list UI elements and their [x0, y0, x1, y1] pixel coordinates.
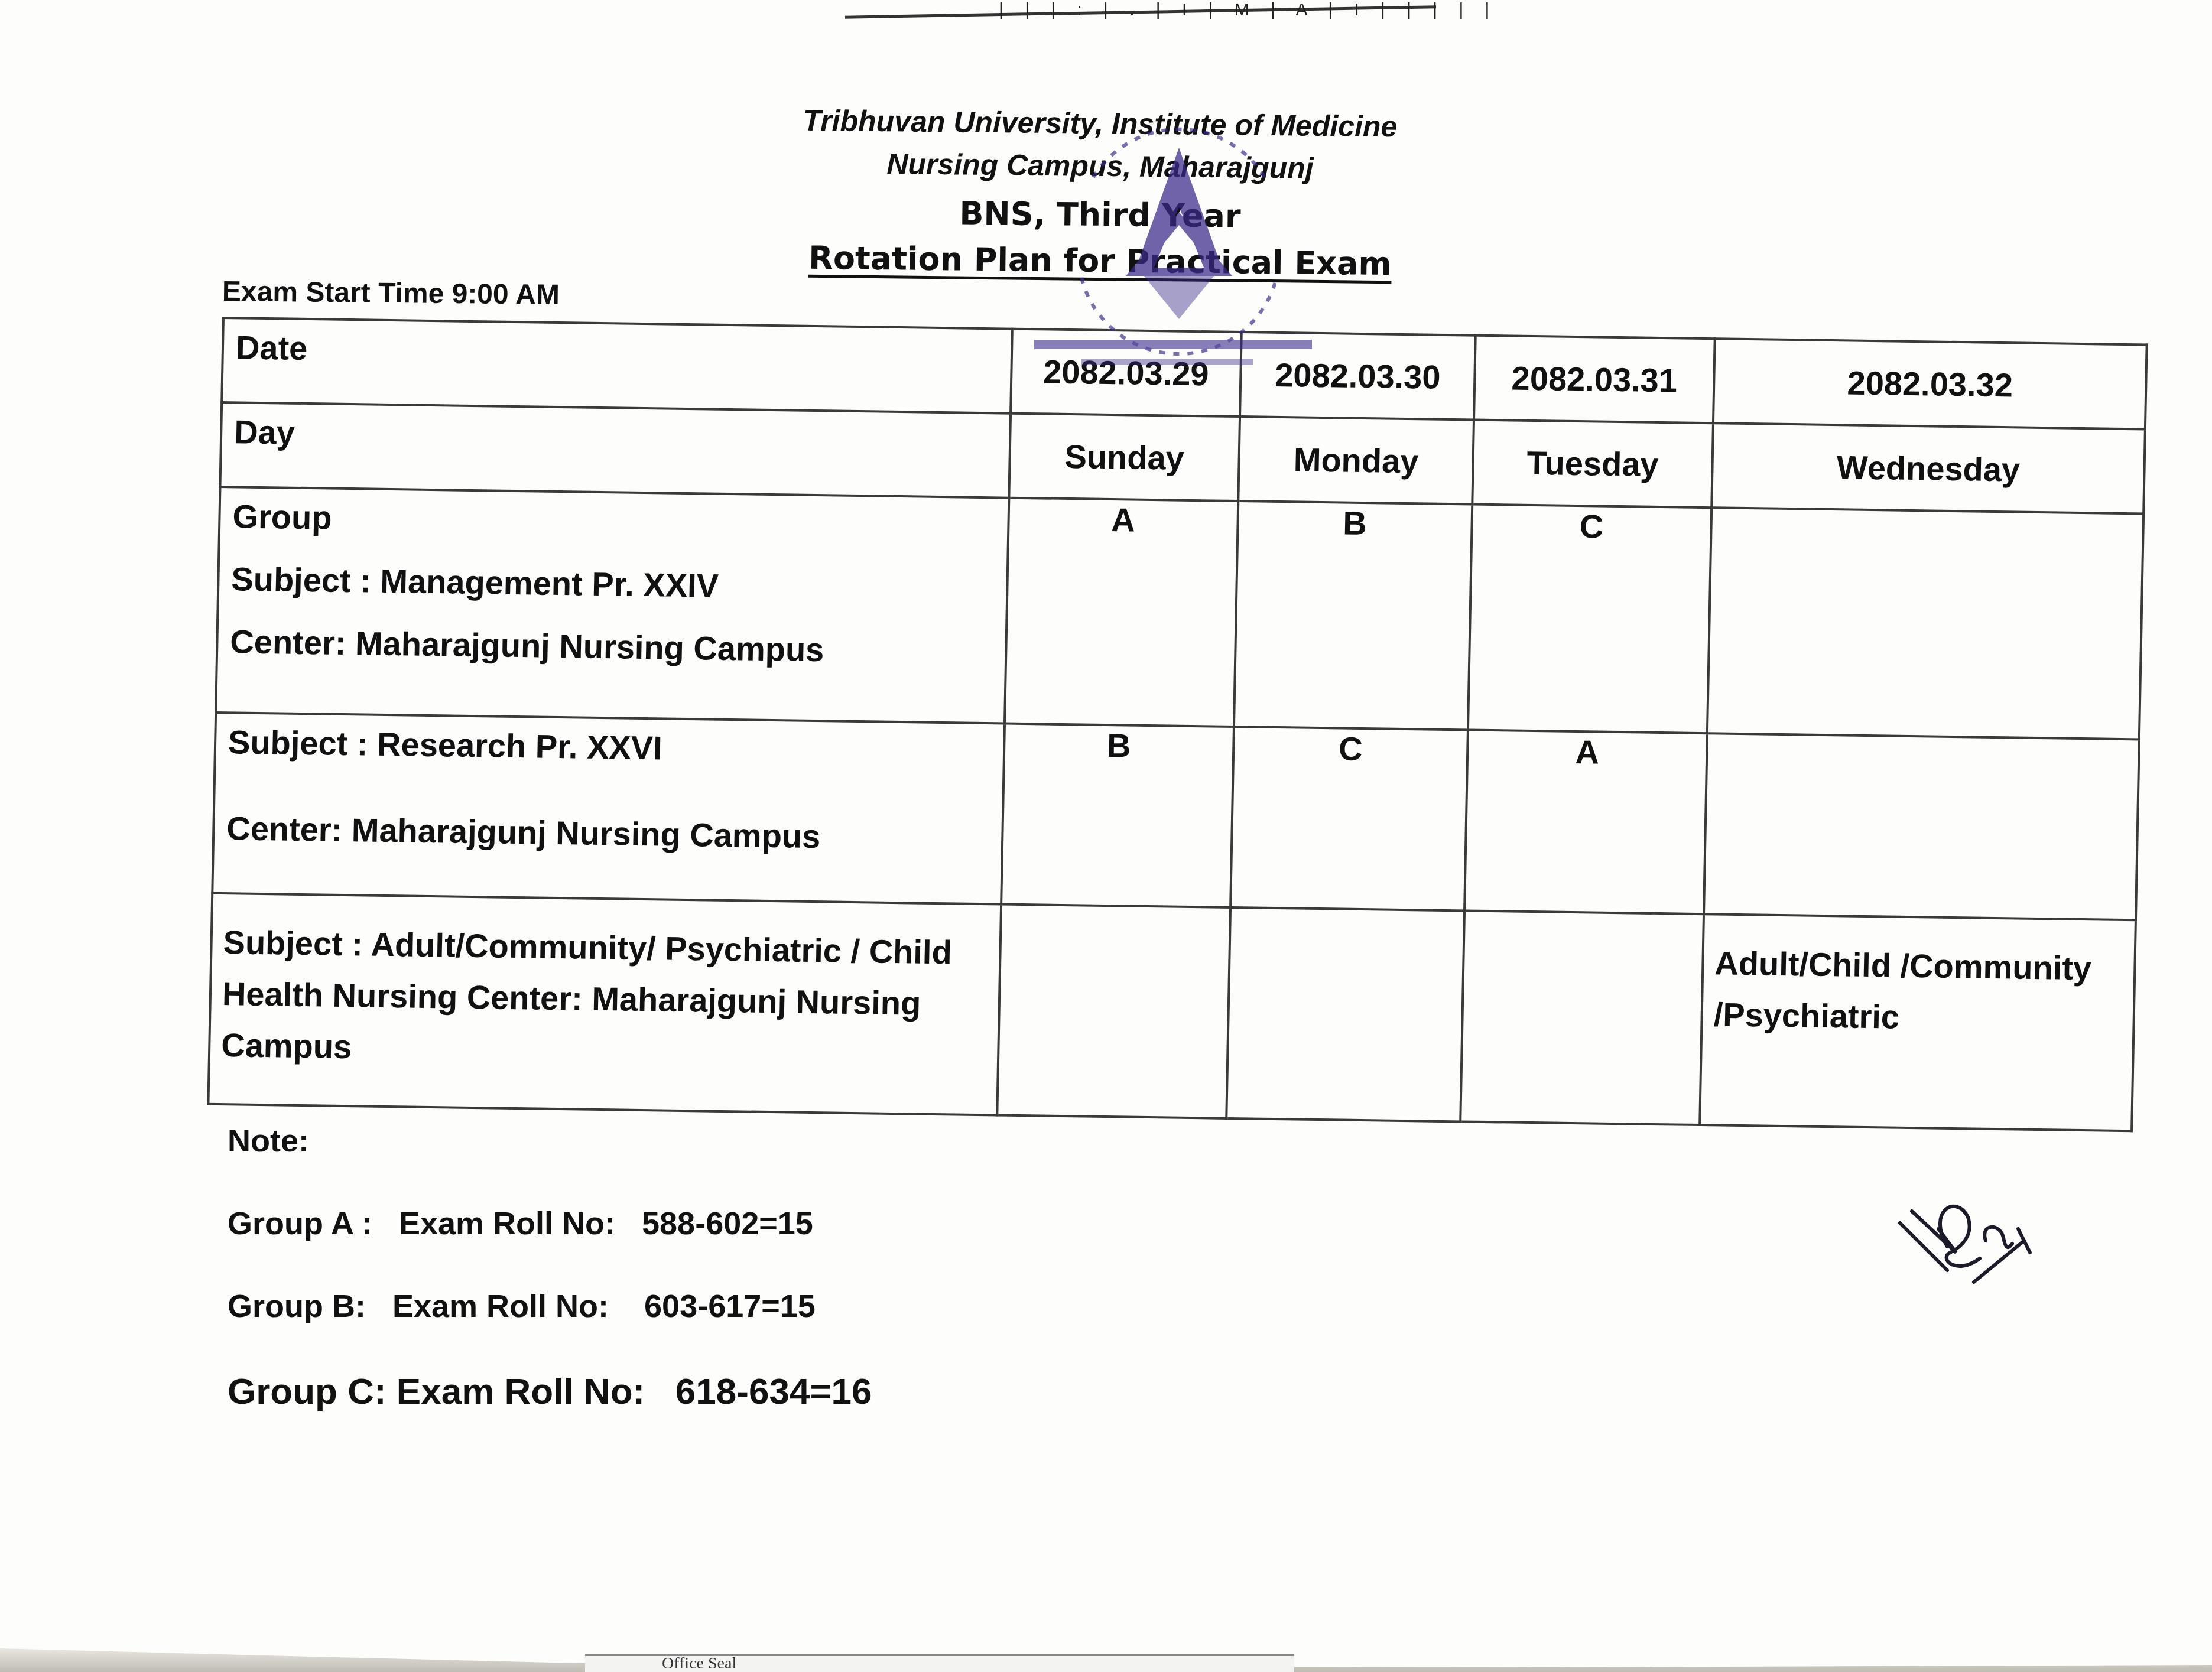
- group-cell: [1707, 508, 2143, 740]
- handwritten-signature-icon: [1891, 1188, 2033, 1288]
- group-label: Group B:: [228, 1288, 366, 1325]
- management-row: Group Subject : Management Pr. XXIV Cent…: [216, 487, 2143, 740]
- footer-fragment: Office Seal: [662, 1654, 736, 1672]
- clinical-label-cell: Subject : Adult/Community/ Psychiatric /…: [208, 893, 1001, 1115]
- group-label: Group C:: [228, 1371, 386, 1413]
- date-label-cell: Date: [222, 318, 1012, 413]
- group-cell: A: [1464, 730, 1707, 915]
- roll-label: Exam Roll No:: [392, 1288, 609, 1325]
- day-cell: Wednesday: [1711, 423, 2145, 513]
- subject-label: Subject : Management Pr. XXIV: [231, 562, 995, 606]
- note-heading: Note:: [228, 1123, 309, 1159]
- group-b-roll: Group B: Exam Roll No: 603-617=15: [228, 1288, 816, 1325]
- rotation-table: Date 2082.03.29 2082.03.30 2082.03.31 20…: [207, 317, 2145, 1132]
- management-label-cell: Group Subject : Management Pr. XXIV Cent…: [216, 487, 1009, 724]
- roll-range: 603-617=15: [644, 1288, 816, 1325]
- subject-label: Subject : Research Pr. XXVI: [228, 726, 992, 769]
- group-cell: B: [1234, 501, 1472, 730]
- previous-page-text-fragment: | | | : | . | I | M | A | I | | | | |: [999, 0, 1498, 20]
- group-cell: [997, 905, 1230, 1118]
- date-cell: 2082.03.30: [1240, 332, 1476, 419]
- group-cell: [1460, 910, 1704, 1125]
- group-cell: C: [1230, 727, 1468, 910]
- date-cell: 2082.03.32: [1713, 339, 2147, 429]
- day-cell: Tuesday: [1472, 419, 1713, 507]
- group-cell: [1704, 733, 2139, 920]
- day-cell: Sunday: [1009, 413, 1240, 500]
- exam-start-time: Exam Start Time 9:00 AM: [222, 275, 560, 311]
- clinical-row: Subject : Adult/Community/ Psychiatric /…: [208, 893, 2136, 1131]
- research-label-cell: Subject : Research Pr. XXVI Center: Maha…: [212, 713, 1005, 905]
- group-cell: C: [1468, 504, 1711, 733]
- day-label: Day: [234, 415, 998, 459]
- group-a-roll: Group A : Exam Roll No: 588-602=15: [228, 1205, 813, 1242]
- research-row: Subject : Research Pr. XXVI Center: Maha…: [212, 713, 2139, 920]
- date-label: Date: [235, 331, 999, 375]
- day-cell: Monday: [1238, 417, 1474, 504]
- roll-range: 588-602=15: [642, 1205, 813, 1242]
- center-label: Center: Maharajgunj Nursing Campus: [226, 812, 990, 855]
- group-cell: B: [1001, 724, 1234, 907]
- roll-range: 618-634=16: [675, 1371, 872, 1413]
- day-label-cell: Day: [220, 402, 1011, 497]
- group-label: Group A :: [228, 1205, 372, 1242]
- roll-label: Exam Roll No:: [397, 1371, 645, 1413]
- group-c-roll: Group C: Exam Roll No: 618-634=16: [228, 1371, 872, 1413]
- group-cell: [1226, 907, 1464, 1121]
- date-cell: 2082.03.31: [1474, 336, 1715, 423]
- clinical-subjects-cell: Adult/Child /Community /Psychiatric: [1700, 914, 2136, 1131]
- group-label: Group: [232, 500, 996, 544]
- group-cell: A: [1005, 497, 1238, 727]
- roll-label: Exam Roll No:: [399, 1205, 615, 1242]
- center-label: Center: Maharajgunj Nursing Campus: [230, 625, 993, 669]
- date-cell: 2082.03.29: [1011, 329, 1242, 417]
